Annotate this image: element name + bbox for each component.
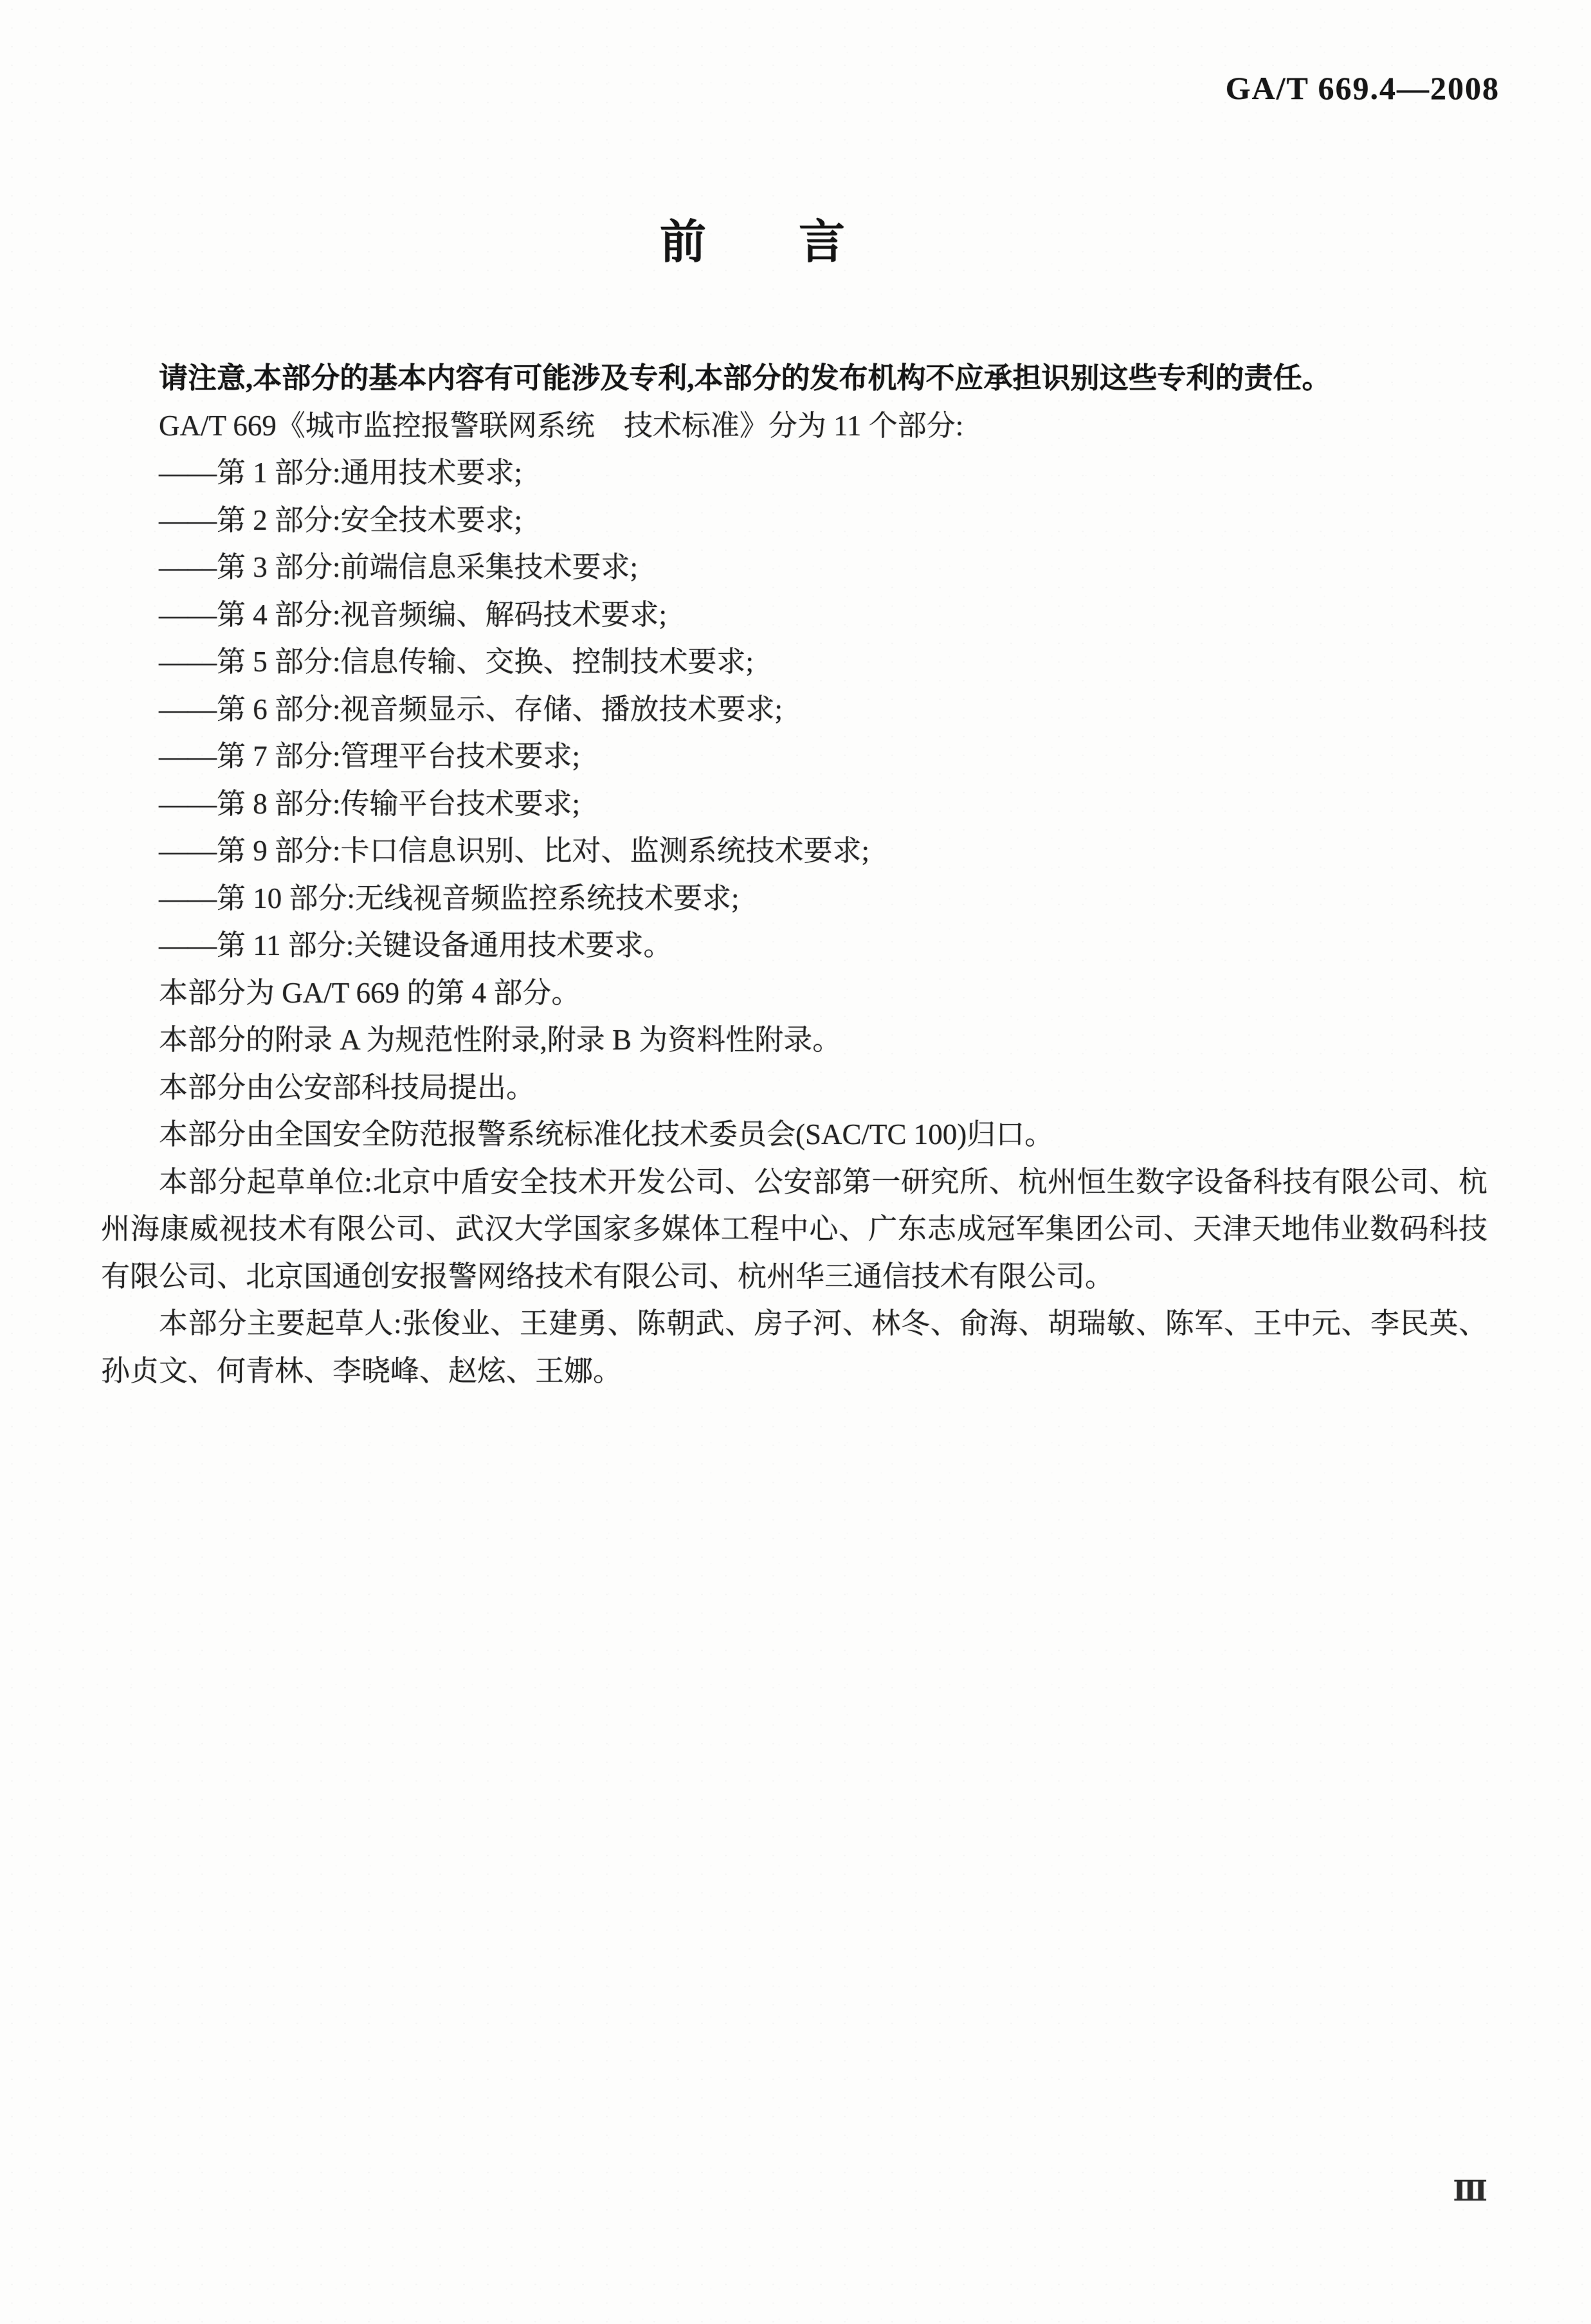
drafting-units-paragraph: 本部分起草单位:北京中盾安全技术开发公司、公安部第一研究所、杭州恒生数字设备科技… (101, 1159, 1487, 1301)
parts-list-item: ——第 1 部分:通用技术要求; (101, 449, 1487, 497)
patent-notice-paragraph: 请注意,本部分的基本内容有可能涉及专利,本部分的发布机构不应承担识别这些专利的责… (101, 355, 1487, 403)
parts-list-item: ——第 6 部分:视音频显示、存储、播放技术要求; (101, 686, 1487, 734)
parts-list-item: ——第 3 部分:前端信息采集技术要求; (101, 544, 1487, 592)
doc-number: GA/T 669.4—2008 (1226, 69, 1500, 107)
page-number: Ⅲ (1453, 2175, 1489, 2208)
centralized-by-paragraph: 本部分由全国安全防范报警系统标准化技术委员会(SAC/TC 100)归口。 (101, 1111, 1487, 1159)
parts-intro-paragraph: GA/T 669《城市监控报警联网系统 技术标准》分为 11 个部分: (101, 403, 1487, 450)
parts-list-item: ——第 7 部分:管理平台技术要求; (101, 733, 1487, 781)
parts-list-item: ——第 11 部分:关键设备通用技术要求。 (101, 922, 1487, 970)
parts-list-item: ——第 5 部分:信息传输、交换、控制技术要求; (101, 639, 1487, 686)
document-page: GA/T 669.4—2008 前 言 请注意,本部分的基本内容有可能涉及专利,… (0, 0, 1591, 2324)
part-statement-paragraph: 本部分为 GA/T 669 的第 4 部分。 (101, 970, 1487, 1017)
page-title: 前 言 (0, 204, 1505, 271)
proposed-by-paragraph: 本部分由公安部科技局提出。 (101, 1064, 1487, 1112)
parts-list-item: ——第 4 部分:视音频编、解码技术要求; (101, 592, 1487, 639)
drafters-paragraph: 本部分主要起草人:张俊业、王建勇、陈朝武、房子河、林冬、俞海、胡瑞敏、陈军、王中… (101, 1300, 1487, 1395)
parts-list-item: ——第 10 部分:无线视音频监控系统技术要求; (101, 875, 1487, 923)
parts-list-item: ——第 2 部分:安全技术要求; (101, 497, 1487, 545)
foreword-body: 请注意,本部分的基本内容有可能涉及专利,本部分的发布机构不应承担识别这些专利的责… (101, 355, 1487, 1395)
parts-list-item: ——第 9 部分:卡口信息识别、比对、监测系统技术要求; (101, 828, 1487, 875)
annex-statement-paragraph: 本部分的附录 A 为规范性附录,附录 B 为资料性附录。 (101, 1017, 1487, 1064)
parts-list-item: ——第 8 部分:传输平台技术要求; (101, 781, 1487, 828)
